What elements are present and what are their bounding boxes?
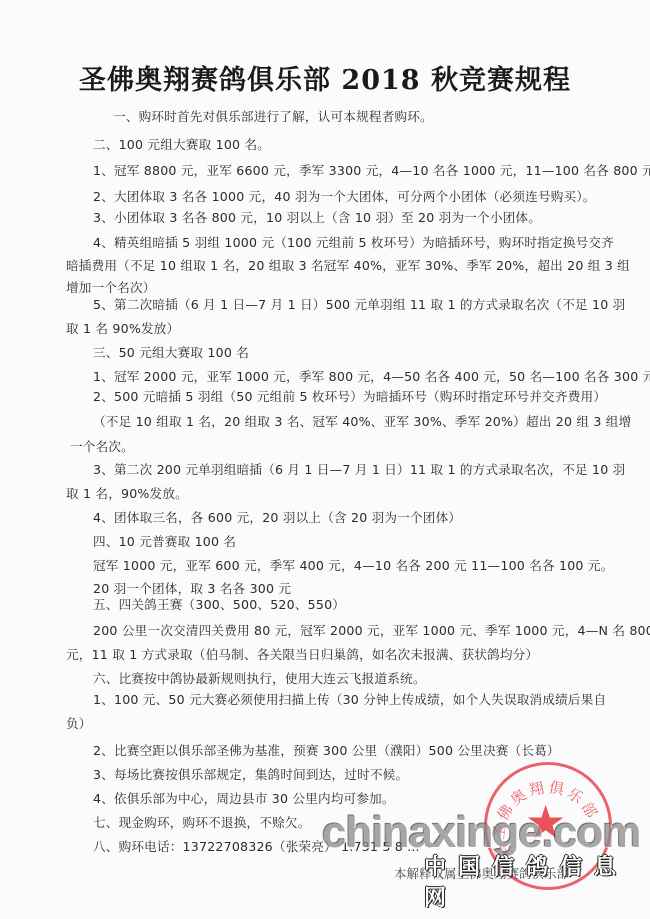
rule-line: 一、购环时首先对俱乐部进行了解，认可本规程者购环。 <box>113 106 433 125</box>
rule-line: 二、100 元组大赛取 100 名。 <box>93 134 270 153</box>
document-title: 圣佛奥翔赛鸽俱乐部 2018 秋竞赛规程 <box>0 58 650 97</box>
rule-line: 200 公里一次交清四关费用 80 元，冠军 2000 元，亚军 1000 元、… <box>93 620 650 639</box>
rule-line: 1、冠军 2000 元，亚军 1000 元，季军 800 元，4—50 名各 4… <box>93 366 650 385</box>
rule-line: 暗插费用（不足 10 组取 1 名，20 组取 3 名冠军 40%，亚军 30%… <box>66 255 630 274</box>
rule-line: 5、第二次暗插（6 月 1 日—7 月 1 日）500 元单羽组 11 取 1 … <box>93 294 625 313</box>
rule-line: 七、现金购环，购环不退换，不赊欠。 <box>93 812 311 831</box>
rule-line: 3、第二次 200 元单羽组暗插（6 月 1 日—7 月 1 日）11 取 1 … <box>93 459 625 478</box>
rule-line: 3、小团体取 3 名各 800 元，10 羽以上（含 10 羽）至 20 羽为一… <box>93 207 541 226</box>
rule-line: 五、四关鸽王赛（300、500、520、550） <box>93 594 345 613</box>
rule-line: 1、100 元、50 元大赛必须使用扫描上传（30 分钟上传成绩，如个人失误取消… <box>93 689 606 708</box>
rule-line: （不足 10 组取 1 名，20 组取 3 名、冠军 40%、亚军 30%、季军… <box>93 411 631 430</box>
rule-line: 六、比赛按中鸽协最新规则执行，使用大连云飞报道系统。 <box>93 668 426 687</box>
rule-line: 元，11 取 1 方式录取（伯马制、各关限当日归巢鸽，如名次未报满、获状鸽均分） <box>66 644 538 663</box>
rule-line: 取 1 名 90%发放） <box>66 318 179 337</box>
rule-line: 冠军 1000 元，亚军 600 元，季军 400 元，4—10 名各 200 … <box>93 555 613 574</box>
watermark-site-name: 中国信鸽信息网 <box>424 850 650 912</box>
rule-line: 2、500 元暗插 5 羽组（50 元组前 5 枚环号）为暗插环号（购环时指定环… <box>93 386 606 405</box>
rule-line: 一个名次。 <box>70 436 134 455</box>
rule-line: 4、团体取三名，各 600 元，20 羽以上（含 20 羽为一个团体） <box>93 507 461 526</box>
rule-line: 2、大团体取 3 名各 1000 元，40 羽为一个大团体，可分两个小团体（必须… <box>93 186 596 205</box>
rule-line: 1、冠军 8800 元，亚军 6600 元，季军 3300 元，4—10 名各 … <box>93 160 650 179</box>
rule-line: 负） <box>66 713 92 732</box>
rule-line: 四、10 元普赛取 100 名 <box>93 531 236 550</box>
rule-line: 4、精英组暗插 5 羽组 1000 元（100 元组前 5 枚环号）为暗插环号，… <box>93 232 614 251</box>
rule-line: 3、每场比赛按俱乐部规定，集鸽时间到达，过时不候。 <box>93 764 408 783</box>
rule-line: 4、依俱乐部为中心，周边县市 30 公里内均可参加。 <box>93 788 395 807</box>
rule-line: 2、比赛空距以俱乐部圣佛为基准，预赛 300 公里（濮阳）500 公里决赛（长葛… <box>93 740 560 759</box>
rule-line: 取 1 名，90%发放。 <box>66 483 188 502</box>
rule-line: 三、50 元组大赛取 100 名 <box>93 342 249 361</box>
